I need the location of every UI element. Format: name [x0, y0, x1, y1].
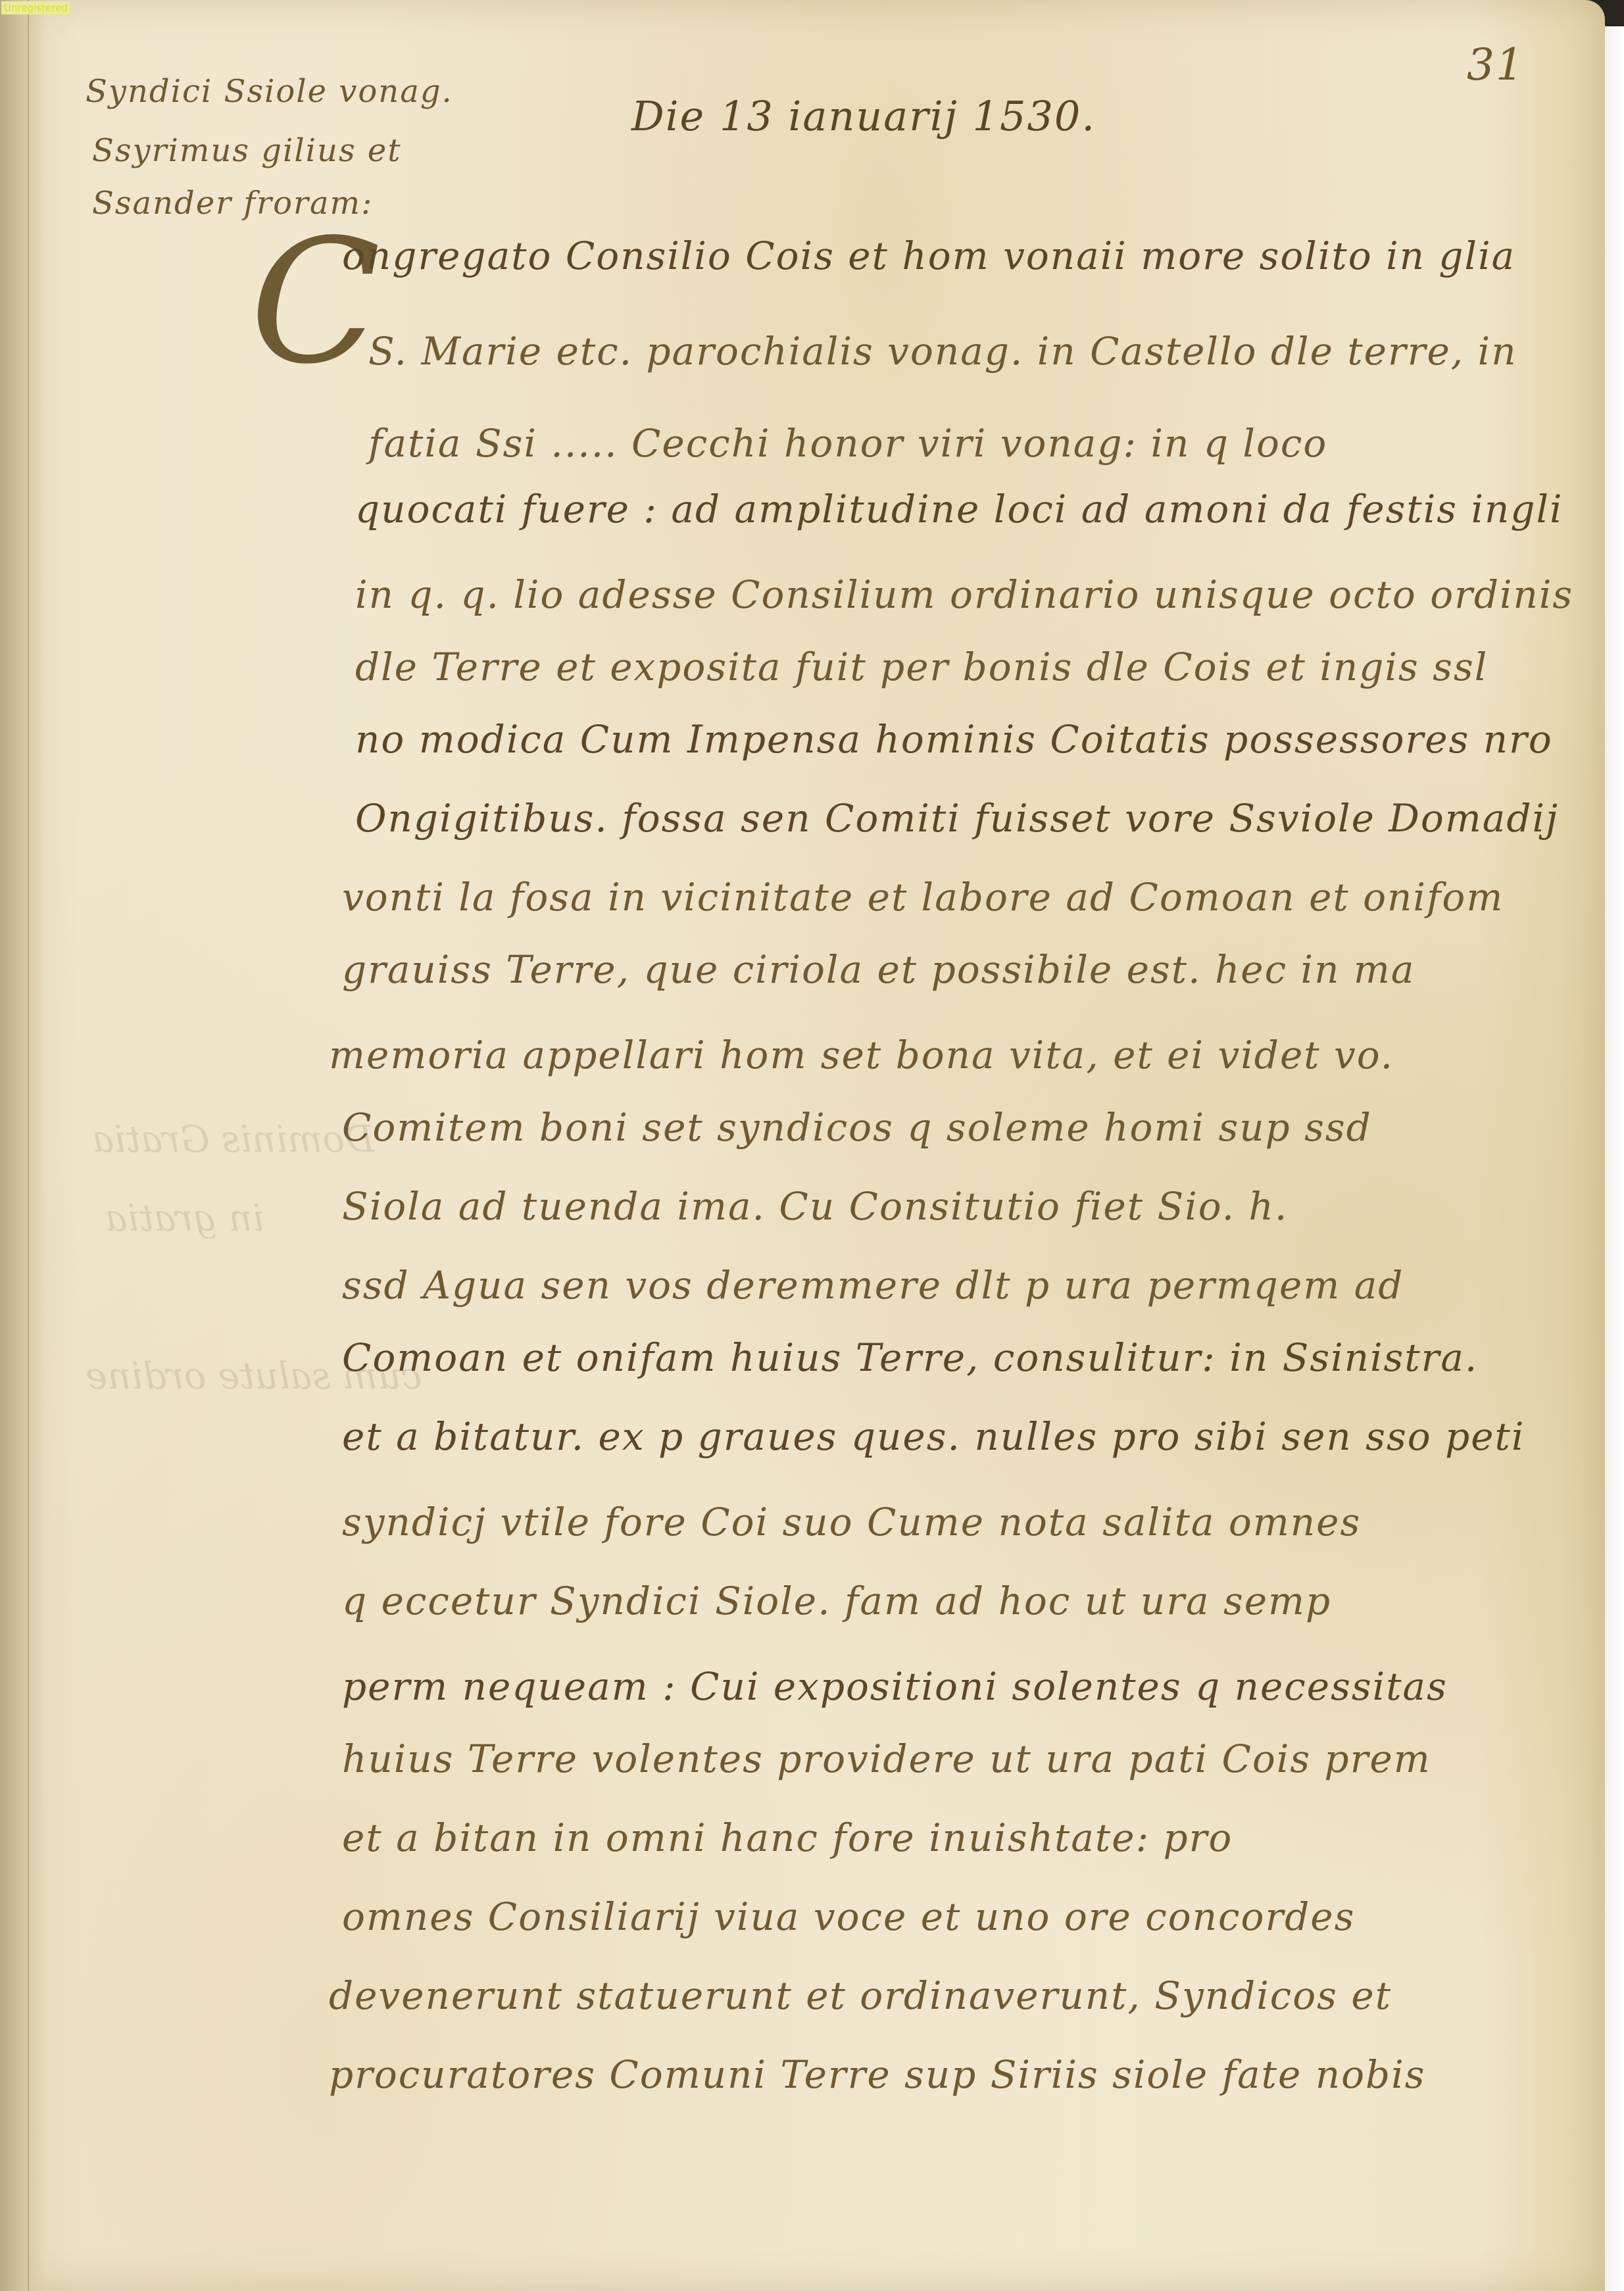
- binding-fold-line: [28, 0, 29, 2291]
- text-line: Ongigitibus. fossa sen Comiti fuisset vo…: [355, 796, 1559, 841]
- text-line: perm nequeam : Cui expositioni solentes …: [342, 1664, 1448, 1709]
- text-line: Comoan et onifam huius Terre, consulitur…: [342, 1335, 1478, 1380]
- text-line: dle Terre et exposita fuit per bonis dle…: [355, 645, 1488, 689]
- date-heading: Die 13 ianuarij 1530.: [631, 92, 1096, 140]
- text-line: devenerunt statuerunt et ordinaverunt, S…: [329, 1973, 1392, 2018]
- text-line: S. Marie etc. parochialis vonag. in Cast…: [368, 329, 1517, 374]
- bleed-through-text: in gratia: [105, 1197, 264, 1240]
- text-line: huius Terre volentes providere ut ura pa…: [342, 1737, 1431, 1781]
- text-line: vonti la fosa in vicinitate et labore ad…: [342, 875, 1504, 920]
- text-line: grauiss Terre, que ciriola et possibile …: [342, 947, 1415, 992]
- bleed-through-text: Dominis Gratia: [92, 1118, 374, 1161]
- text-line: omnes Consiliarij viua voce et uno ore c…: [342, 1894, 1355, 1939]
- binding-spine: [0, 0, 46, 2291]
- text-line: memoria appellari hom set bona vita, et …: [329, 1033, 1394, 1077]
- text-line: et a bitan in omni hanc fore inuishtate:…: [342, 1815, 1233, 1860]
- text-line: Siola ad tuenda ima. Cu Consitutio fiet …: [342, 1184, 1288, 1229]
- text-line: in q. q. lio adesse Consilium ordinario …: [355, 572, 1573, 617]
- text-line: ssd Agua sen vos deremmere dlt p ura per…: [342, 1263, 1404, 1308]
- text-line: procuratores Comuni Terre sup Siriis sio…: [329, 2052, 1425, 2097]
- text-line: ongregato Consilio Cois et hom vonaii mo…: [342, 234, 1515, 278]
- text-line: Comitem boni set syndicos q soleme homi …: [342, 1105, 1372, 1150]
- text-line: q eccetur Syndici Siole. fam ad hoc ut u…: [342, 1579, 1331, 1623]
- manuscript-page: Dominis Gratia in gratia cum salute ordi…: [0, 0, 1605, 2291]
- scan-background-edge: [1605, 26, 1624, 2291]
- margin-note-line: Ssyrimus gilius et: [92, 125, 402, 176]
- margin-note-line: Syndici Ssiole vonag.: [86, 66, 453, 117]
- folio-number: 31: [1467, 39, 1525, 90]
- text-line: fatia Ssi ..... Cecchi honor viri vonag:…: [368, 421, 1327, 466]
- text-line: no modica Cum Impensa hominis Coitatis p…: [355, 717, 1553, 762]
- text-line: syndicj vtile fore Coi suo Cume nota sal…: [342, 1500, 1361, 1544]
- unregistered-watermark: Unregistered: [1, 1, 70, 14]
- text-line: quocati fuere : ad amplitudine loci ad a…: [355, 487, 1563, 531]
- text-line: et a bitatur. ex p graues ques. nulles p…: [342, 1414, 1525, 1459]
